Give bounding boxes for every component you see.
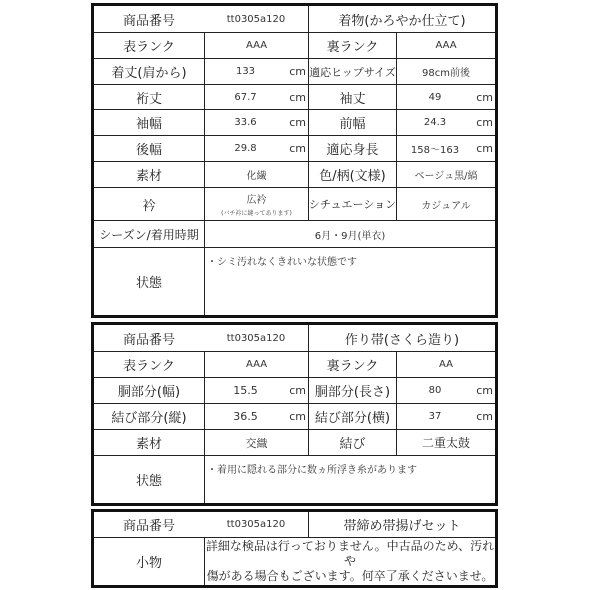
spec-label: 袖幅 [94,110,204,135]
spec-label: 胴部分(長さ) [308,378,396,403]
spec-value: 67.7 [205,85,286,109]
spec-value: 24.3 [397,110,473,135]
spec-value-cell: 49 cm [396,85,495,109]
season-row: シーズン/着用時期 6月・9月(単衣) [94,221,495,248]
collar-note: (バチ衿に縫ってあります) [221,208,292,217]
collar-value-cell: 広衿 (バチ衿に縫ってあります) [204,188,308,220]
spec-value-cell: 158～163 cm [396,136,495,161]
spec-value: AAA [204,352,308,377]
obi-spec-table: 商品番号 tt0305a120 作り帯(さくら造り) 表ランク AAA 裏ランク… [91,322,498,506]
spec-value-cell: 80 cm [396,378,495,403]
spec-value: 29.8 [205,136,286,161]
spec-row: 着丈(肩から) 133 cm 適応ヒップサイズ 98cm前後 [94,59,495,85]
spec-label: 素材 [94,162,204,187]
spec-value-cell: 15.5 cm [204,378,308,403]
product-no-value: tt0305a120 [204,512,308,537]
accessories-header-row: 商品番号 tt0305a120 帯締め帯揚げセット [94,512,495,538]
product-no-label: 商品番号 [94,512,204,537]
unit-cm: cm [289,85,306,109]
disclaimer-line-2: 傷がある場合もございます。何卒了承くださいませ。 [207,569,494,584]
product-no-label: 商品番号 [94,325,204,351]
spec-value-cell: 24.3 cm [396,110,495,135]
product-no-value: tt0305a120 [204,325,308,351]
spec-label: 結び [308,430,396,455]
spec-label: 着丈(肩から) [94,59,204,84]
spec-value: ベージュ黒/縞 [396,162,495,187]
spec-row: 裄丈 67.7 cm 袖丈 49 cm [94,85,495,110]
unit-cm: cm [476,136,493,161]
item-type-title: 作り帯(さくら造り) [308,325,495,351]
collar-label: 衿 [94,188,204,220]
spec-row: 後幅 29.8 cm 適応身長 158～163 cm [94,136,495,162]
spec-value: 133 [205,59,286,84]
spec-value-cell: 36.5 cm [204,404,308,429]
spec-value: 交織 [204,430,308,455]
unit-cm: cm [289,59,306,84]
spec-row: 袖幅 33.6 cm 前幅 24.3 cm [94,110,495,136]
unit-cm: cm [289,110,306,135]
spec-value: 158～163 [397,136,473,161]
situation-value: カジュアル [396,188,495,220]
accessories-label: 小物 [94,538,204,585]
item-type-title: 着物(かろやか仕立て) [308,6,495,32]
product-no-value: tt0305a120 [204,6,308,32]
collar-value: 広衿 [247,191,267,206]
spec-value: 98cm前後 [396,59,495,84]
spec-value: 37 [397,404,473,429]
spec-value-cell: 29.8 cm [204,136,308,161]
spec-label: 裏ランク [308,33,396,58]
accessories-body-row: 小物 詳細な検品は行っておりません。中古品のため、汚れや 傷がある場合もございま… [94,538,495,585]
spec-label: 色/柄(文様) [308,162,396,187]
spec-value: 36.5 [205,404,286,429]
unit-cm: cm [476,110,493,135]
spec-value: 49 [397,85,473,109]
spec-label: 裏ランク [308,352,396,377]
product-no-label: 商品番号 [94,6,204,32]
spec-row: 胴部分(幅) 15.5 cm 胴部分(長さ) 80 cm [94,378,495,404]
collar-row: 衿 広衿 (バチ衿に縫ってあります) シチュエーション カジュアル [94,188,495,221]
spec-label: 適応身長 [308,136,396,161]
kimono-header-row: 商品番号 tt0305a120 着物(かろやか仕立て) [94,6,495,33]
spec-value: AAA [204,33,308,58]
spec-label: 適応ヒップサイズ [308,59,396,84]
condition-value: ・シミ汚れなくきれいな状態です [204,248,495,315]
unit-cm: cm [476,85,493,109]
kimono-spec-table: 商品番号 tt0305a120 着物(かろやか仕立て) 表ランク AAA 裏ラン… [91,3,498,318]
spec-row: 表ランク AAA 裏ランク AA [94,352,495,378]
spec-row: 素材 化繊 色/柄(文様) ベージュ黒/縞 [94,162,495,188]
disclaimer-line-1: 詳細な検品は行っておりません。中古品のため、汚れや [205,539,495,569]
unit-cm: cm [289,378,306,403]
spec-label: 袖丈 [308,85,396,109]
spec-label: 表ランク [94,33,204,58]
spec-label: 後幅 [94,136,204,161]
spec-value-cell: 33.6 cm [204,110,308,135]
spec-value: 二重太鼓 [396,430,495,455]
season-label: シーズン/着用時期 [94,221,204,247]
spec-row: 素材 交織 結び 二重太鼓 [94,430,495,456]
unit-cm: cm [476,378,493,403]
disclaimer-text: 詳細な検品は行っておりません。中古品のため、汚れや 傷がある場合もございます。何… [204,538,495,585]
spec-value: AAA [396,33,495,58]
spec-value-cell: 133 cm [204,59,308,84]
spec-label: 前幅 [308,110,396,135]
condition-value: ・着用に隠れる部分に数ヵ所浮き糸があります [204,456,495,503]
unit-cm: cm [476,404,493,429]
spec-row: 結び部分(縦) 36.5 cm 結び部分(横) 37 cm [94,404,495,430]
unit-cm: cm [289,404,306,429]
obi-header-row: 商品番号 tt0305a120 作り帯(さくら造り) [94,325,495,352]
spec-value: 80 [397,378,473,403]
item-type-title: 帯締め帯揚げセット [308,512,495,537]
spec-value-cell: 67.7 cm [204,85,308,109]
spec-label: 結び部分(横) [308,404,396,429]
condition-label: 状態 [94,456,204,503]
condition-row: 状態 ・着用に隠れる部分に数ヵ所浮き糸があります [94,456,495,503]
spec-value-cell: 37 cm [396,404,495,429]
condition-row: 状態 ・シミ汚れなくきれいな状態です [94,248,495,315]
spec-value: 33.6 [205,110,286,135]
season-value: 6月・9月(単衣) [204,221,495,247]
situation-label: シチュエーション [308,188,396,220]
spec-value: AA [396,352,495,377]
spec-label: 胴部分(幅) [94,378,204,403]
condition-label: 状態 [94,248,204,315]
unit-cm: cm [289,136,306,161]
spec-value: 化繊 [204,162,308,187]
spec-row: 表ランク AAA 裏ランク AAA [94,33,495,59]
accessories-table: 商品番号 tt0305a120 帯締め帯揚げセット 小物 詳細な検品は行っており… [91,509,498,588]
spec-label: 素材 [94,430,204,455]
spec-label: 表ランク [94,352,204,377]
spec-value: 15.5 [205,378,286,403]
spec-label: 結び部分(縦) [94,404,204,429]
spec-label: 裄丈 [94,85,204,109]
